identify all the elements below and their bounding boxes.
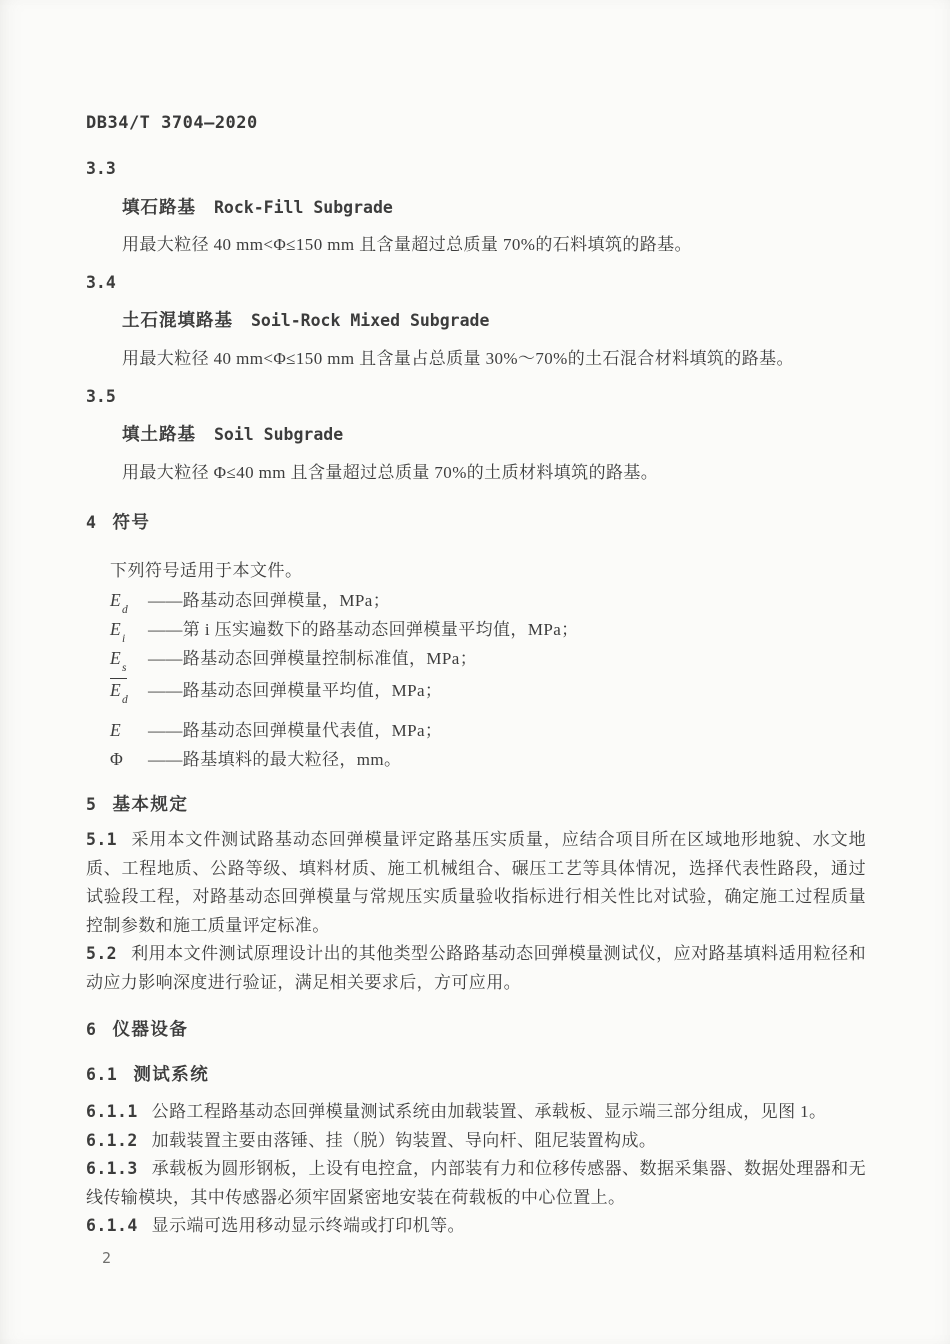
clause-6-1-1: 6.1.1公路工程路基动态回弹模量测试系统由加载装置、承载板、显示端三部分组成，…	[86, 1098, 866, 1127]
clause-6-1-4: 6.1.4显示端可选用移动显示终端或打印机等。	[86, 1212, 866, 1241]
symbol-description: ——路基动态回弹模量控制标准值，MPa；	[148, 649, 477, 668]
symbol-Ed: Ed	[110, 586, 148, 615]
clause-text: 承载板为圆形钢板，上设有电控盒，内部装有力和位移传感器、数据采集器、数据处理器和…	[86, 1159, 866, 1207]
clause-number: 6.1.4	[86, 1216, 138, 1235]
symbol-description: ——路基动态回弹模量代表值，MPa；	[148, 721, 442, 740]
term-title-3-3: 填石路基Rock-Fill Subgrade	[122, 196, 866, 219]
symbol-item: Es——路基动态回弹模量控制标准值，MPa；	[110, 644, 866, 673]
term-definition-3-4: 用最大粒径 40 mm<Φ≤150 mm 且含量占总质量 30%～70%的土石混…	[122, 348, 866, 370]
symbol-item: Ed——路基动态回弹模量平均值，MPa；	[110, 676, 866, 705]
clause-5-1: 5.1采用本文件测试路基动态回弹模量评定路基压实质量，应结合项目所在区域地形地貌…	[86, 826, 866, 940]
section-heading-6: 6仪器设备	[86, 1018, 866, 1041]
clause-number: 6.1.1	[86, 1102, 138, 1121]
symbol-phi: Φ	[110, 745, 148, 774]
clause-text: 加载装置主要由落锤、挂（脱）钩装置、导向杆、阻尼装置构成。	[152, 1131, 657, 1150]
section-number: 4	[86, 513, 96, 532]
term-title-cn: 填土路基	[122, 424, 196, 444]
document-header: DB34/T 3704—2020	[86, 112, 866, 134]
section-number: 5	[86, 795, 96, 814]
term-title-cn: 填石路基	[122, 197, 196, 217]
symbol-Ei: Ei	[110, 615, 148, 644]
clause-number: 5.1	[86, 830, 117, 849]
term-title-3-4: 土石混填路基Soil-Rock Mixed Subgrade	[122, 309, 866, 332]
clause-5-2: 5.2利用本文件测试原理设计出的其他类型公路路基动态回弹模量测试仪，应对路基填料…	[86, 940, 866, 997]
symbol-item: Ei——第 i 压实遍数下的路基动态回弹模量平均值，MPa；	[110, 615, 866, 644]
subsection-number: 6.1	[86, 1065, 117, 1084]
clause-number: 5.2	[86, 944, 117, 963]
clause-text: 采用本文件测试路基动态回弹模量评定路基压实质量，应结合项目所在区域地形地貌、水文…	[86, 830, 866, 935]
term-title-cn: 土石混填路基	[122, 310, 233, 330]
symbols-intro: 下列符号适用于本文件。	[110, 560, 866, 581]
clause-6-1-2: 6.1.2加载装置主要由落锤、挂（脱）钩装置、导向杆、阻尼装置构成。	[86, 1127, 866, 1156]
clause-number: 6.1.3	[86, 1159, 138, 1178]
term-number-3-3: 3.3	[86, 158, 866, 179]
symbol-Ed-mean-bar: Ed	[110, 676, 148, 705]
symbol-description: ——路基填料的最大粒径，mm。	[148, 750, 401, 769]
section-heading-4: 4符号	[86, 511, 866, 534]
term-title-en: Soil-Rock Mixed Subgrade	[251, 311, 489, 330]
section-title: 基本规定	[112, 794, 188, 814]
symbol-Es: Es	[110, 644, 148, 673]
page-number: 2	[102, 1249, 866, 1267]
symbol-item: E——路基动态回弹模量代表值，MPa；	[110, 716, 866, 745]
symbol-E: E	[110, 716, 148, 745]
clause-text: 公路工程路基动态回弹模量测试系统由加载装置、承载板、显示端三部分组成，见图 1。	[152, 1102, 827, 1121]
section-number: 6	[86, 1020, 96, 1039]
section-title: 仪器设备	[112, 1019, 188, 1039]
section-title: 符号	[112, 512, 150, 532]
clause-text: 显示端可选用移动显示终端或打印机等。	[152, 1216, 465, 1235]
subsection-title: 测试系统	[133, 1064, 209, 1084]
clause-number: 6.1.2	[86, 1131, 138, 1150]
symbol-description: ——路基动态回弹模量，MPa；	[148, 591, 390, 610]
document-page: DB34/T 3704—2020 3.3 填石路基Rock-Fill Subgr…	[0, 0, 950, 1344]
symbol-description: ——第 i 压实遍数下的路基动态回弹模量平均值，MPa；	[148, 620, 579, 639]
clause-text: 利用本文件测试原理设计出的其他类型公路路基动态回弹模量测试仪，应对路基填料适用粒…	[86, 944, 866, 992]
symbol-item: Φ——路基填料的最大粒径，mm。	[110, 745, 866, 774]
symbols-list: Ed——路基动态回弹模量，MPa； Ei——第 i 压实遍数下的路基动态回弹模量…	[110, 586, 866, 774]
term-number-3-5: 3.5	[86, 386, 866, 407]
section-heading-5: 5基本规定	[86, 793, 866, 816]
term-definition-3-5: 用最大粒径 Φ≤40 mm 且含量超过总质量 70%的土质材料填筑的路基。	[122, 462, 866, 484]
symbol-description: ——路基动态回弹模量平均值，MPa；	[148, 681, 442, 700]
term-definition-3-3: 用最大粒径 40 mm<Φ≤150 mm 且含量超过总质量 70%的石料填筑的路…	[122, 234, 866, 256]
term-title-3-5: 填土路基Soil Subgrade	[122, 423, 866, 446]
clause-6-1-3: 6.1.3承载板为圆形钢板，上设有电控盒，内部装有力和位移传感器、数据采集器、数…	[86, 1155, 866, 1212]
subsection-heading-6-1: 6.1测试系统	[86, 1063, 866, 1086]
term-title-en: Soil Subgrade	[214, 425, 343, 444]
term-title-en: Rock-Fill Subgrade	[214, 198, 393, 217]
term-number-3-4: 3.4	[86, 272, 866, 293]
symbol-item: Ed——路基动态回弹模量，MPa；	[110, 586, 866, 615]
